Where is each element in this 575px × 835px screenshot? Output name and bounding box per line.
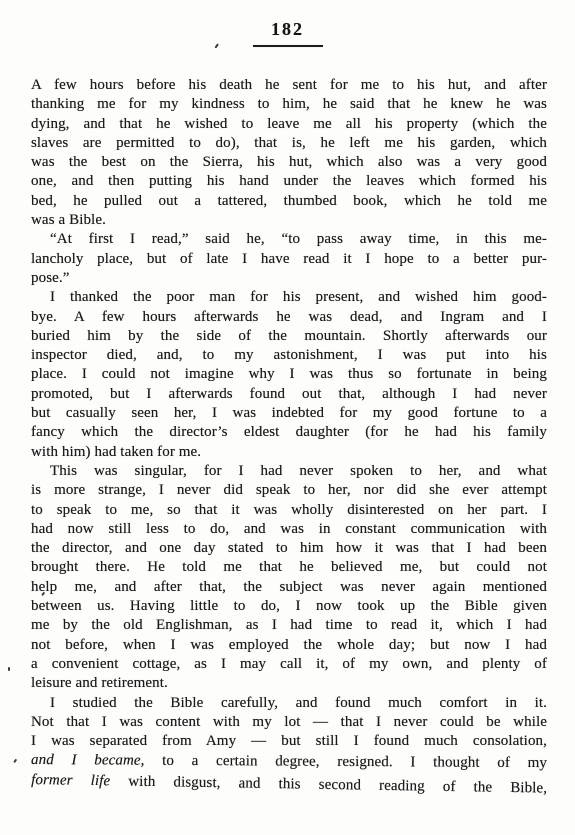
- text-line: bye. A few hours afterwards he was dead,…: [31, 308, 547, 327]
- text-segment: a convenient cottage, as I may call it, …: [31, 656, 547, 672]
- text-line: not before, when I was employed the whol…: [31, 636, 547, 655]
- text-line: the director, and one day stated to him …: [31, 539, 547, 558]
- text-line: me by the old Englishman, as I had time …: [31, 616, 547, 635]
- text-line: had now still less to do, and was in con…: [31, 520, 547, 539]
- paragraph: This was singular, for I had never spoke…: [31, 462, 547, 694]
- text-line: former life with disgust, and this secon…: [31, 771, 547, 799]
- text-segment: leisure and retirement.: [31, 675, 168, 691]
- text-segment: I was separated from Amy — but still I f…: [31, 733, 547, 749]
- page-body-text: A few hours before his death he sent for…: [31, 76, 547, 790]
- text-line: inspector died, and, to my astonishment,…: [31, 346, 547, 365]
- text-line: This was singular, for I had never spoke…: [31, 462, 547, 481]
- text-line: promoted, but I afterwards found out tha…: [31, 385, 547, 404]
- text-line: was a Bible.: [31, 211, 547, 230]
- text-line: I thanked the poor man for his present, …: [31, 288, 547, 307]
- text-line: leisure and retirement.: [31, 674, 547, 693]
- text-segment: but casually seen her, I was indebted fo…: [31, 405, 547, 421]
- scanned-book-page: 182 A few hours before his death he sent…: [0, 0, 575, 835]
- text-line: between us. Having little to do, I now t…: [31, 597, 547, 616]
- text-segment: slaves are permitted to do), that is, he…: [31, 135, 547, 151]
- text-segment: A few hours before his death he sent for…: [31, 77, 547, 93]
- text-segment: thanking me for my kindness to him, he s…: [31, 96, 547, 112]
- paragraph: I studied the Bible carefully, and found…: [31, 694, 547, 790]
- text-segment: to speak to me, so that it was wholly di…: [31, 502, 547, 518]
- text-segment: help me, and after that, the subject was…: [31, 579, 547, 595]
- page-header: 182: [0, 0, 575, 47]
- text-segment: buried him by the side of the mountain. …: [31, 328, 547, 344]
- text-segment: bye. A few hours afterwards he was dead,…: [31, 309, 547, 325]
- text-line: a convenient cottage, as I may call it, …: [31, 655, 547, 674]
- text-segment: pose.”: [31, 270, 70, 286]
- scan-artifact: [8, 667, 10, 671]
- text-segment: had now still less to do, and was in con…: [31, 521, 547, 537]
- text-segment: place. I could not imagine why I was thu…: [31, 366, 547, 382]
- text-segment: fancy which the director’s eldest daught…: [31, 424, 547, 440]
- italic-text-segment: and I became,: [31, 752, 145, 769]
- text-line: fancy which the director’s eldest daught…: [31, 423, 547, 442]
- text-segment: was the best on the Sierra, his hut, whi…: [31, 154, 547, 170]
- text-segment: is more strange, I never did speak to he…: [31, 482, 547, 498]
- text-line: but casually seen her, I was indebted fo…: [31, 404, 547, 423]
- text-line: was the best on the Sierra, his hut, whi…: [31, 153, 547, 172]
- text-line: place. I could not imagine why I was thu…: [31, 365, 547, 384]
- text-segment: This was singular, for I had never spoke…: [50, 463, 547, 479]
- text-segment: brought there. He told me that he believ…: [31, 559, 547, 575]
- text-segment: between us. Having little to do, I now t…: [31, 598, 547, 614]
- text-segment: me by the old Englishman, as I had time …: [31, 617, 547, 633]
- text-line: I studied the Bible carefully, and found…: [31, 694, 547, 713]
- text-line: one, and then putting his hand under the…: [31, 172, 547, 191]
- text-line: is more strange, I never did speak to he…: [31, 481, 547, 500]
- text-segment: the director, and one day stated to him …: [31, 540, 547, 556]
- text-segment: “At first I read,” said he, “to pass awa…: [50, 231, 547, 247]
- text-line: A few hours before his death he sent for…: [31, 76, 547, 95]
- text-segment: was a Bible.: [31, 212, 106, 228]
- text-line: Not that I was content with my lot — tha…: [31, 713, 547, 732]
- text-segment: Not that I was content with my lot — tha…: [31, 714, 547, 730]
- scan-artifact: [13, 759, 17, 763]
- text-segment: with disgust, and this second reading of…: [110, 773, 547, 796]
- text-line: thanking me for my kindness to him, he s…: [31, 95, 547, 114]
- text-line: bed, he pulled out a tattered, thumbed b…: [31, 192, 547, 211]
- text-segment: dying, and that he wished to leave me al…: [31, 116, 547, 132]
- text-line: dying, and that he wished to leave me al…: [31, 115, 547, 134]
- text-segment: not before, when I was employed the whol…: [31, 637, 547, 653]
- paragraph: I thanked the poor man for his present, …: [31, 288, 547, 462]
- paragraph: “At first I read,” said he, “to pass awa…: [31, 230, 547, 288]
- text-segment: to a certain degree, resigned. I thought…: [144, 753, 547, 771]
- text-segment: with him) had taken for me.: [31, 444, 201, 460]
- text-segment: one, and then putting his hand under the…: [31, 173, 547, 189]
- text-line: to speak to me, so that it was wholly di…: [31, 501, 547, 520]
- page-number: 182: [0, 19, 575, 40]
- text-line: and I became, to a certain degree, resig…: [31, 751, 547, 773]
- text-segment: inspector died, and, to my astonishment,…: [31, 347, 547, 363]
- text-segment: I thanked the poor man for his present, …: [50, 289, 547, 305]
- text-line: slaves are permitted to do), that is, he…: [31, 134, 547, 153]
- text-segment: promoted, but I afterwards found out tha…: [31, 386, 547, 402]
- text-line: pose.”: [31, 269, 547, 288]
- text-segment: lancholy place, but of late I have read …: [31, 251, 547, 267]
- text-line: with him) had taken for me.: [31, 443, 547, 462]
- text-segment: bed, he pulled out a tattered, thumbed b…: [31, 193, 547, 209]
- text-line: I was separated from Amy — but still I f…: [31, 732, 547, 751]
- italic-text-segment: former life: [31, 772, 110, 789]
- text-line: lancholy place, but of late I have read …: [31, 250, 547, 269]
- text-segment: I studied the Bible carefully, and found…: [50, 695, 547, 711]
- text-line: help me, and after that, the subject was…: [31, 578, 547, 597]
- text-line: “At first I read,” said he, “to pass awa…: [31, 230, 547, 249]
- paragraph: A few hours before his death he sent for…: [31, 76, 547, 230]
- text-line: brought there. He told me that he believ…: [31, 558, 547, 577]
- text-line: buried him by the side of the mountain. …: [31, 327, 547, 346]
- header-rule: [253, 45, 323, 47]
